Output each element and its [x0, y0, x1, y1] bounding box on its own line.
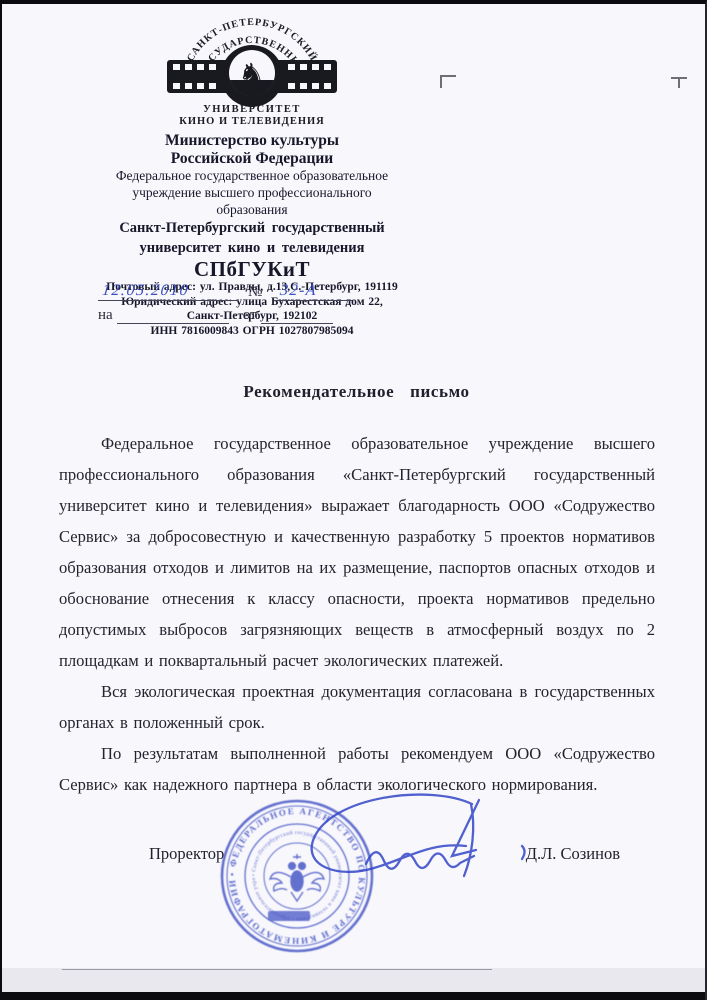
logo-bottom-text-2: КИНО И ТЕЛЕВИДЕНИЯ — [179, 116, 325, 127]
scanned-letter-page: САНКТ-ПЕТЕРБУРГСКИЙ ГОСУДАРСТВЕННЫЙ — [0, 0, 707, 1000]
university-film-logo: САНКТ-ПЕТЕРБУРГСКИЙ ГОСУДАРСТВЕННЫЙ — [147, 10, 357, 132]
document-title: Рекомендательное письмо — [59, 382, 654, 402]
handwritten-signature — [270, 782, 560, 897]
na-field — [117, 308, 229, 324]
film-strip-horseman-icon: САНКТ-ПЕТЕРБУРГСКИЙ ГОСУДАРСТВЕННЫЙ — [147, 10, 357, 132]
paragraph-1: Федеральное государственное образователь… — [59, 428, 655, 676]
ot-field — [261, 308, 333, 324]
university-abbreviation: СПбГУКиТ — [54, 258, 450, 280]
na-label: на — [98, 307, 117, 324]
university-line-2: университет кино и телевидения — [54, 240, 450, 258]
handwritten-number: 32-А — [279, 282, 318, 300]
reference-block: 12.05.2010 № 32-А на от — [98, 282, 358, 324]
paragraph-2: Вся экологическая проектная документация… — [59, 676, 655, 738]
ministry-line-1: Министерство культуры — [54, 132, 450, 150]
ot-label: от — [243, 307, 261, 324]
scan-bottom-border — [2, 992, 707, 1000]
handwritten-date: 12.05.2010 — [101, 282, 190, 300]
crop-mark-right-icon — [671, 77, 687, 90]
org-line-3: образования — [54, 202, 450, 218]
org-line-1: Федеральное государственное образователь… — [54, 168, 450, 184]
date-field: 12.05.2010 — [98, 282, 238, 301]
inn-ogrn: ИНН 7816009843 ОГРН 1027807985094 — [54, 325, 450, 339]
scan-artifact-line — [62, 969, 492, 971]
crop-mark-stem — [678, 79, 680, 88]
bronze-horseman-glyph: ♞ — [238, 56, 267, 94]
logo-bottom-text-1: УНИВЕРСИТЕТ — [203, 104, 301, 115]
ministry-line-2: Российской Федерации — [54, 150, 450, 168]
org-line-2: учреждение высшего профессионального — [54, 185, 450, 201]
number-sign-label: № — [248, 284, 266, 301]
scan-shadow-band — [2, 968, 707, 992]
university-line-1: Санкт-Петербургский государственный — [54, 220, 450, 238]
crop-mark-left-icon — [440, 75, 456, 88]
letter-body: Федеральное государственное образователь… — [59, 428, 655, 800]
number-field: 32-А — [274, 282, 352, 301]
